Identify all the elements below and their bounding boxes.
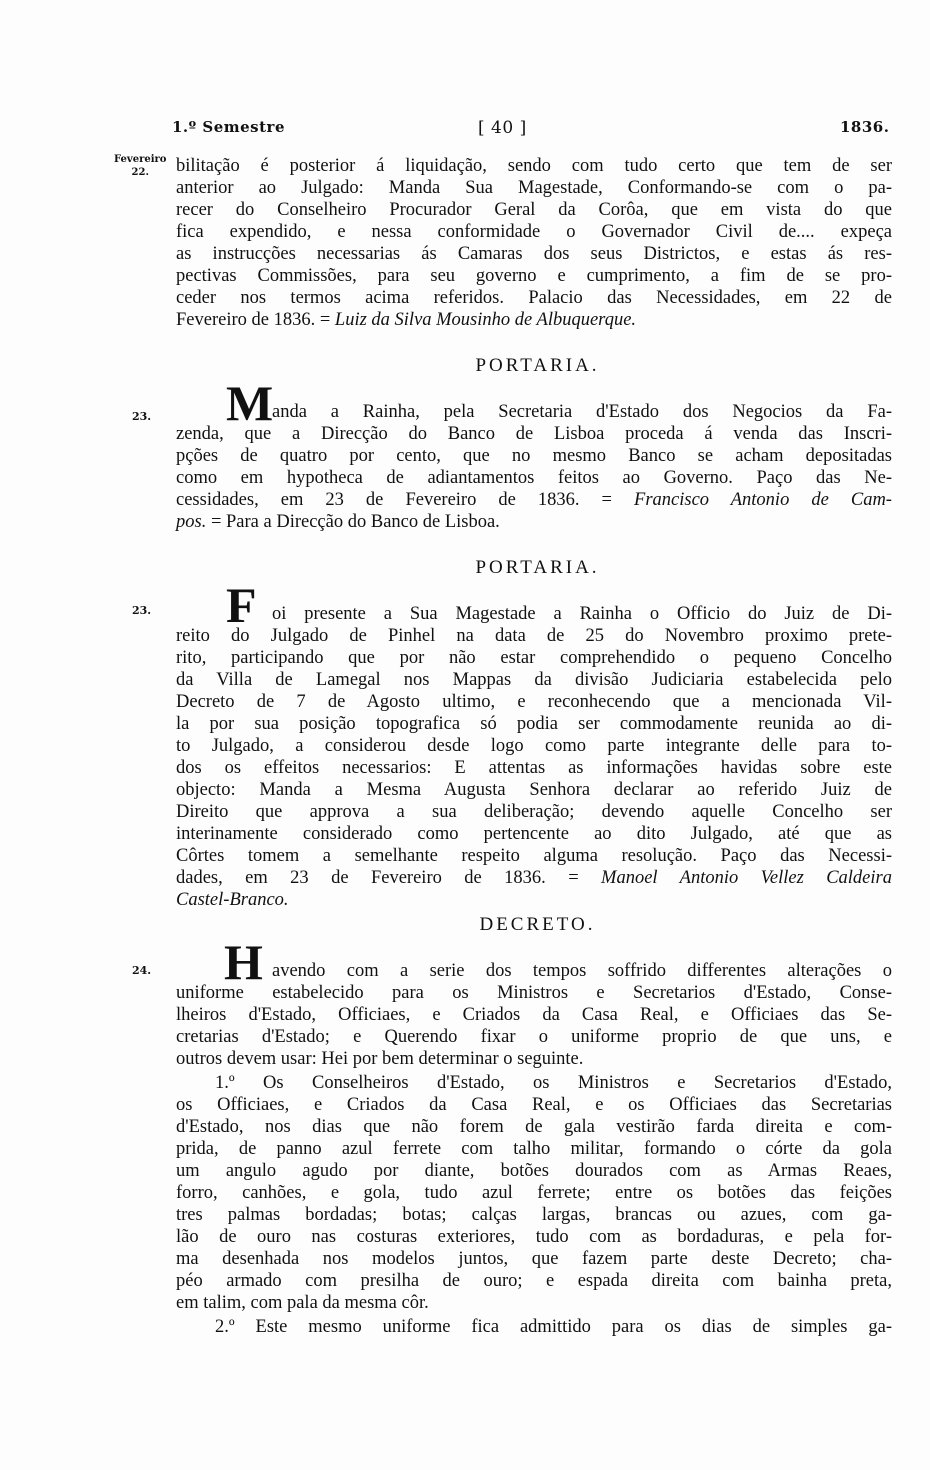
margin-month: Fevereiro xyxy=(114,153,166,166)
text-line: to Julgado, a considerou desde logo como… xyxy=(176,735,892,757)
text-line: uniforme estabelecido para os Ministros … xyxy=(176,982,892,1004)
text-line: zenda, que a Direcção do Banco de Lisboa… xyxy=(176,423,892,445)
text-line: da Villa de Lamegal nos Mappas da divisã… xyxy=(176,669,892,691)
margin-note-month: Fevereiro 22. xyxy=(114,153,166,179)
text-line: avendo com a serie dos tempos soffrido d… xyxy=(272,960,892,982)
text-line: d'Estado, nos dias que não forem de gala… xyxy=(176,1116,892,1138)
text-line: dades, em 23 de Fevereiro de 1836. = Man… xyxy=(176,867,892,889)
text-line: pções de quatro por cento, que no mesmo … xyxy=(176,445,892,467)
drop-cap: H xyxy=(224,937,263,987)
text-line: um angulo agudo por diante, botões doura… xyxy=(176,1160,892,1182)
text-line: Direito que approva a sua deliberação; d… xyxy=(176,801,892,823)
text-line: ceder nos termos acima referidos. Palaci… xyxy=(176,287,892,309)
text-line: anterior ao Julgado: Manda Sua Magestade… xyxy=(176,177,892,199)
text-line: interinamente considerado como pertencen… xyxy=(176,823,892,845)
text-line: ma desenhada nos modelos juntos, que faz… xyxy=(176,1248,892,1270)
text-line: Castel-Branco. xyxy=(176,889,892,911)
text-line: reito do Julgado de Pinhel na data de 25… xyxy=(176,625,892,647)
item-2-line: 2.º Este mesmo uniforme fica admittido p… xyxy=(215,1316,892,1338)
text-line: recer do Conselheiro Procurador Geral da… xyxy=(176,199,892,221)
margin-note-day-24: 24. xyxy=(132,964,151,977)
text-line: cessidades, em 23 de Fevereiro de 1836. … xyxy=(176,489,892,511)
text-line: objecto: Manda a Mesma Augusta Senhora d… xyxy=(176,779,892,801)
text-line: cretarias d'Estado; e Querendo fixar o u… xyxy=(176,1026,892,1048)
text-line: oi presente a Sua Magestade a Rainha o O… xyxy=(272,603,892,625)
text-plain: dades, em 23 de Fevereiro de 1836. = xyxy=(176,868,601,888)
section-title: DECRETO. xyxy=(0,914,930,936)
text-line: rito, participando que por não estar com… xyxy=(176,647,892,669)
header-semester: 1.º Semestre xyxy=(172,118,285,136)
text-line: os Officiaes, e Criados da Casa Real, e … xyxy=(176,1094,892,1116)
text-line: pos. = Para a Direcção do Banco de Lisbo… xyxy=(176,511,892,533)
text-line: lão de ouro nas costuras exteriores, tud… xyxy=(176,1226,892,1248)
text-line: la por sua posição topografica só podia … xyxy=(176,713,892,735)
text-line: Decreto de 7 de Agosto ultimo, e reconhe… xyxy=(176,691,892,713)
text-line: fica expendido, e nessa conformidade o G… xyxy=(176,221,892,243)
text-line: pectivas Commissões, para seu governo e … xyxy=(176,265,892,287)
text-line: Côrtes tomem a semelhante respeito algum… xyxy=(176,845,892,867)
text-line: forro, canhões, e gola, tudo azul ferret… xyxy=(176,1182,892,1204)
text-line: as instrucções necessarias ás Camaras do… xyxy=(176,243,892,265)
text-plain: Fevereiro de 1836. = xyxy=(176,310,335,330)
text-line: em talim, com pala da mesma côr. xyxy=(176,1292,892,1314)
text-line: dos os effeitos necessarios: E attentas … xyxy=(176,757,892,779)
text-line: péo armado com presilha de ouro; e espad… xyxy=(176,1270,892,1292)
text-line: como em hypotheca de adiantamentos feito… xyxy=(176,467,892,489)
text-line: lheiros d'Estado, Officiaes, e Criados d… xyxy=(176,1004,892,1026)
signature: pos. xyxy=(176,512,206,532)
section-title: PORTARIA. xyxy=(0,557,930,579)
text-plain: cessidades, em 23 de Fevereiro de 1836. … xyxy=(176,490,634,510)
margin-note-day-23a: 23. xyxy=(132,410,151,423)
text-line: anda a Rainha, pela Secretaria d'Estado … xyxy=(272,401,892,423)
margin-day: 22. xyxy=(114,166,166,179)
margin-note-day-23b: 23. xyxy=(132,604,151,617)
text-line: prida, de panno azul ferrete com talho m… xyxy=(176,1138,892,1160)
section-title: PORTARIA. xyxy=(0,355,930,377)
signature: Manoel Antonio Vellez Caldeira xyxy=(601,868,892,888)
text-line: outros devem usar: Hei por bem determina… xyxy=(176,1048,892,1070)
drop-cap: F xyxy=(226,580,257,630)
drop-cap: M xyxy=(226,378,273,428)
header-page-number: [ 40 ] xyxy=(478,118,527,138)
text-plain: = Para a Direcção do Banco de Lisboa. xyxy=(206,512,499,532)
document-page: 1.º Semestre [ 40 ] 1836. Fevereiro 22. … xyxy=(0,0,930,1470)
signature: Castel-Branco. xyxy=(176,890,289,910)
text-line-signature: Fevereiro de 1836. = Luiz da Silva Mousi… xyxy=(176,309,892,331)
text-line: bilitação é posterior á liquidação, send… xyxy=(176,155,892,177)
text-line: tres palmas bordadas; botas; calças larg… xyxy=(176,1204,892,1226)
item-1-line: 1.º Os Conselheiros d'Estado, os Ministr… xyxy=(215,1072,892,1094)
signature: Francisco Antonio de Cam- xyxy=(634,490,892,510)
signature: Luiz da Silva Mousinho de Albuquerque. xyxy=(335,310,636,330)
header-year: 1836. xyxy=(840,118,889,136)
